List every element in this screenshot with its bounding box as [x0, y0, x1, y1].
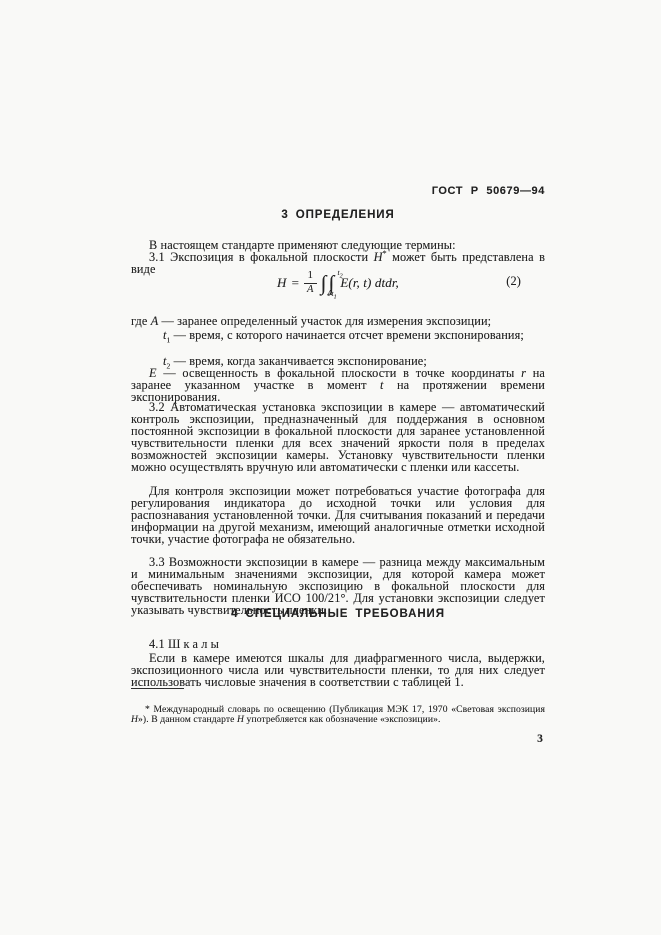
where-word: где: [131, 314, 151, 328]
limit-index: 1: [334, 294, 337, 300]
integral-over-time: ∫t2t1: [328, 273, 334, 293]
section-3-heading: 3 ОПРЕДЕЛЕНИЯ: [131, 209, 545, 221]
footnote-text-c: употребляется как обозначение «экспозици…: [244, 714, 440, 725]
fraction-1-over-A: 1A: [304, 271, 317, 295]
scanned-document-page: ГОСТ Р 50679—94 3 ОПРЕДЕЛЕНИЯ В настояще…: [0, 0, 661, 935]
equals-sign: =: [292, 277, 299, 289]
limit-index: 2: [340, 274, 343, 280]
integral-lower-limit-t1: t1: [331, 290, 336, 298]
variable-H: H: [237, 714, 244, 725]
paragraph-4-1: Если в камере имеются шкалы для диафрагм…: [131, 652, 545, 688]
paragraph-3-2: 3.2 Автоматическая установка экспозиции …: [131, 401, 545, 473]
fraction-denominator: A: [304, 283, 317, 296]
formula-lhs: H: [277, 277, 287, 289]
where-clause-E: E — освещенность в фокальной плоскости в…: [131, 367, 545, 403]
footnote: * Международный словарь по освещению (Пу…: [131, 705, 545, 726]
variable-H: H: [131, 714, 138, 725]
integral-upper-limit-t2: t2: [337, 269, 342, 277]
paragraph-photographer-control: Для контроля экспозиции может потребоват…: [131, 485, 545, 545]
where-clause-A: где A — заранее определенный участок для…: [131, 315, 545, 327]
formula-expression: H = 1A ∫A ∫t2t1 E(r, t) dtdr,: [277, 271, 399, 295]
where-clause-A-text: — заранее определенный участок для измер…: [158, 314, 491, 328]
formula-2: H = 1A ∫A ∫t2t1 E(r, t) dtdr, (2): [131, 264, 545, 302]
doc-code: ГОСТ Р 50679—94: [432, 185, 545, 197]
text-column: ГОСТ Р 50679—94 3 ОПРЕДЕЛЕНИЯ В настояще…: [131, 0, 545, 935]
formula-integrand: E(r, t) dtdr,: [340, 277, 399, 289]
fraction-numerator: 1: [305, 271, 316, 283]
variable-H: H: [374, 250, 383, 264]
subsection-4-1-number: 4.1: [149, 637, 168, 651]
page-number: 3: [131, 733, 545, 745]
integral-sign: ∫: [321, 271, 327, 295]
integral-over-A: ∫A: [321, 273, 327, 293]
where-clause-t1-text: — время, с которого начинается отсчет вр…: [170, 328, 524, 342]
subsection-4-1-term: Шкалы: [168, 637, 222, 651]
where-clause-t1: t1 — время, с которого начинается отсчет…: [131, 329, 545, 341]
subsection-4-1-title: 4.1 Шкалы: [131, 638, 545, 650]
paragraph-3-1-text-a: 3.1 Экспозиция в фокальной плоскости: [149, 250, 374, 264]
section-4-heading: 4 СПЕЦИАЛЬНЫЕ ТРЕБОВАНИЯ: [131, 608, 545, 620]
equation-number: (2): [506, 275, 521, 287]
footnote-text-b: »). В данном стандарте: [138, 714, 237, 725]
footnote-separator-rule: [131, 688, 184, 689]
